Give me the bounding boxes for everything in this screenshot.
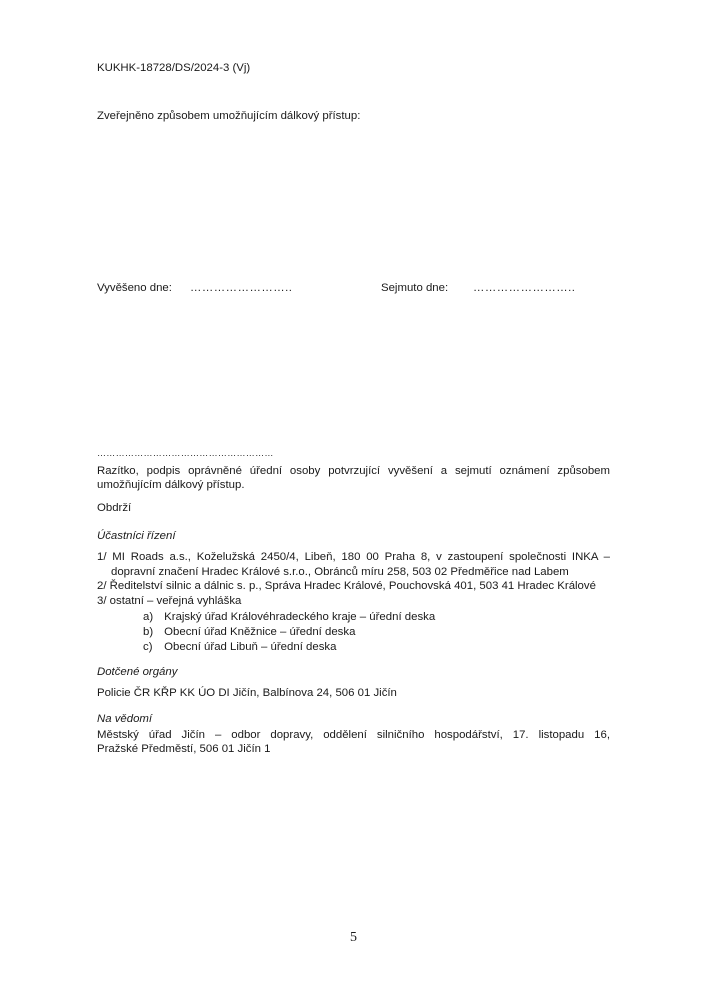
document-reference: KUKHK-18728/DS/2024-3 (Vj)	[97, 62, 250, 74]
signature-line: …………………………………………………	[97, 448, 274, 458]
participant-item: 3/ ostatní – veřejná vyhláška	[97, 594, 610, 609]
for-info-heading: Na vědomí	[97, 713, 152, 725]
notice-board-label: c)	[143, 640, 161, 655]
posted-date-label: Vyvěšeno dne:	[97, 282, 172, 294]
removed-date-field: ……………………..	[473, 282, 575, 294]
posted-date-field: ……………………..	[190, 282, 292, 294]
for-info-entry: Městský úřad Jičín – odbor dopravy, oddě…	[97, 728, 610, 756]
stamp-signature-note: Razítko, podpis oprávněné úřední osoby p…	[97, 464, 610, 492]
for-info-line-1: Městský úřad Jičín – odbor dopravy, oddě…	[97, 728, 610, 742]
participants-list: 1/ MI Roads a.s., Koželužská 2450/4, Lib…	[97, 550, 610, 608]
published-label: Zveřejněno způsobem umožňujícím dálkový …	[97, 110, 360, 122]
notice-board-item: a) Krajský úřad Královéhradeckého kraje …	[143, 610, 435, 625]
page-number: 5	[0, 930, 707, 946]
participant-item: 2/ Ředitelství silnic a dálnic s. p., Sp…	[97, 579, 610, 594]
participant-item: 1/ MI Roads a.s., Koželužská 2450/4, Lib…	[97, 550, 610, 579]
participant-1-line-2: dopravní značení Hradec Králové s.r.o., …	[97, 565, 610, 580]
notice-board-text: Obecní úřad Libuň – úřední deska	[164, 641, 336, 653]
for-info-line-2: Pražské Předměstí, 506 01 Jičín 1	[97, 743, 270, 755]
notice-board-text: Krajský úřad Královéhradeckého kraje – ú…	[164, 611, 435, 623]
removed-date-label: Sejmuto dne:	[381, 282, 448, 294]
notice-board-label: b)	[143, 625, 161, 640]
stamp-note-line-1: Razítko, podpis oprávněné úřední osoby p…	[97, 464, 610, 478]
notice-board-item: b) Obecní úřad Kněžnice – úřední deska	[143, 625, 355, 640]
stamp-note-line-2: umožňujícím dálkový přístup.	[97, 479, 245, 491]
authorities-heading: Dotčené orgány	[97, 666, 177, 678]
notice-board-label: a)	[143, 610, 161, 625]
notice-board-text: Obecní úřad Kněžnice – úřední deska	[164, 626, 355, 638]
notice-board-item: c) Obecní úřad Libuň – úřední deska	[143, 640, 336, 655]
participant-1-line-1: 1/ MI Roads a.s., Koželužská 2450/4, Lib…	[97, 550, 610, 565]
authorities-entry: Policie ČR KŘP KK ÚO DI Jičín, Balbínova…	[97, 687, 397, 699]
participants-heading: Účastníci řízení	[97, 530, 176, 542]
recipients-heading: Obdrží	[97, 502, 131, 514]
